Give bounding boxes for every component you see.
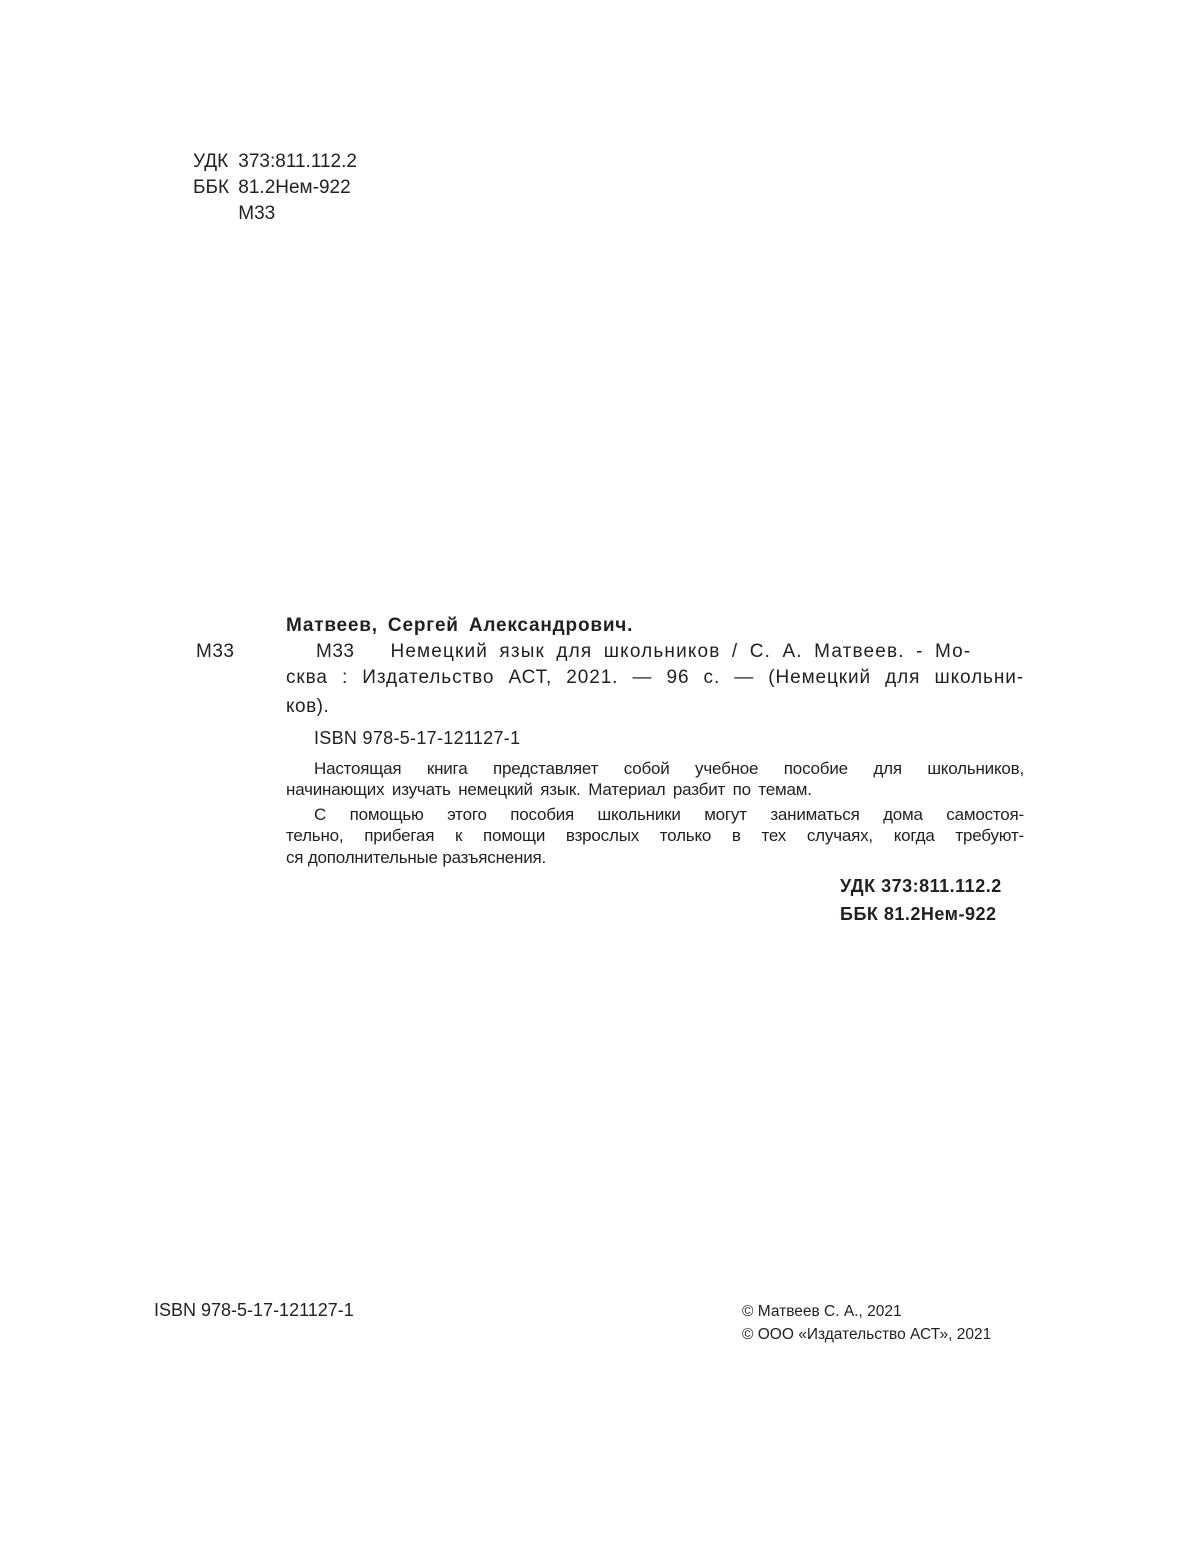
annotation-line-3: С помощью этого пособия школьники могут …	[286, 805, 1024, 825]
author-heading: Матвеев, Сергей Александрович.	[286, 615, 633, 637]
copyright-publisher: © ООО «Издательство АСТ», 2021	[742, 1323, 991, 1346]
margin-author-mark: М33	[196, 641, 234, 663]
top-classification: УДК 373:811.112.2 ББК 81.2Нем-922 М33	[193, 149, 357, 227]
annotation-line-4: тельно, прибегая к помощи взрослых тольк…	[286, 826, 1024, 846]
copyright-author: © Матвеев С. А., 2021	[742, 1300, 991, 1323]
title-line-3: ков).	[286, 696, 329, 718]
title-line-2: сква : Издательство АСТ, 2021. — 96 с. —…	[286, 667, 1024, 689]
record-isbn: ISBN 978-5-17-121127-1	[314, 728, 520, 749]
udk-value: 373:811.112.2	[238, 151, 357, 172]
author-mark-line: М33	[193, 201, 357, 227]
title-author-mark: М33	[316, 641, 354, 662]
annotation-line-1: Настоящая книга представляет собой учебн…	[286, 759, 1024, 779]
copyright-block: © Матвеев С. А., 2021 © ООО «Издательств…	[742, 1300, 991, 1346]
bbk-label: ББК	[193, 175, 233, 201]
bbk-line: ББК 81.2Нем-922	[193, 175, 357, 201]
record-bbk: ББК 81.2Нем-922	[840, 904, 997, 925]
udk-line: УДК 373:811.112.2	[193, 149, 357, 175]
annotation-line-5: ся дополнительные разъяснения.	[286, 848, 1024, 868]
annotation-line-2: начинающих изучать немецкий язык. Матери…	[286, 780, 1024, 800]
title-line-1: М33Немецкий язык для школьников / С. А. …	[286, 641, 1024, 663]
record-udk: УДК 373:811.112.2	[840, 876, 1002, 897]
footer-isbn: ISBN 978-5-17-121127-1	[154, 1300, 354, 1321]
bbk-value: 81.2Нем-922	[238, 177, 350, 198]
title-text-1: Немецкий язык для школьников / С. А. Мат…	[390, 641, 971, 662]
udk-label: УДК	[193, 149, 233, 175]
author-mark: М33	[238, 203, 275, 224]
